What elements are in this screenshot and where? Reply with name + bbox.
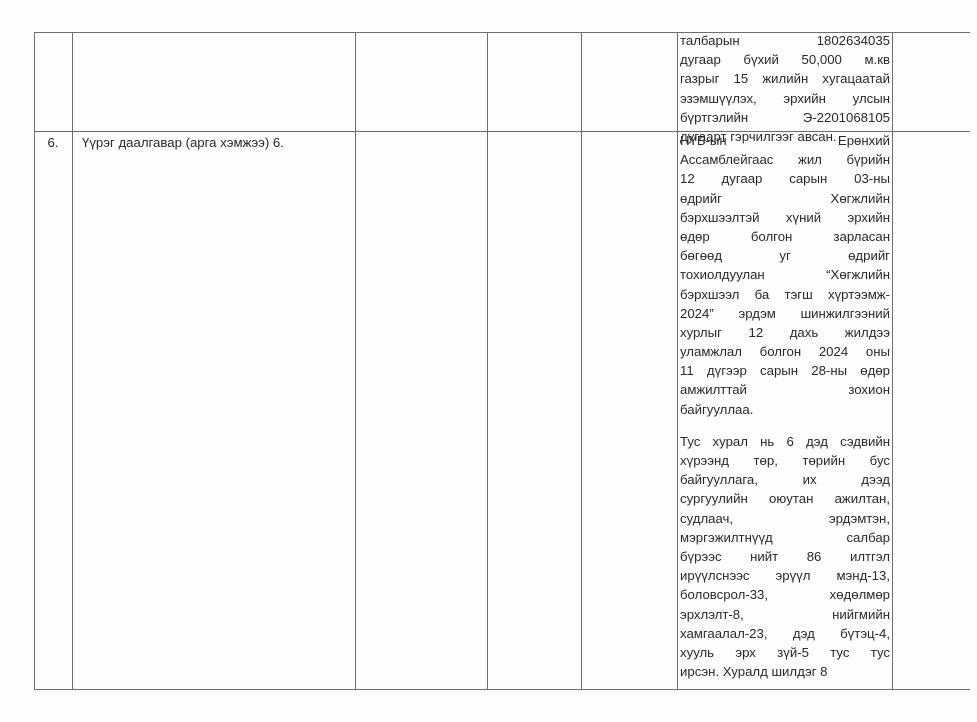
paragraph-2-line: бүрээс нийт 86 илтгэл [680, 547, 890, 566]
paragraph-2-line: Тус хурал нь 6 дэд сэдвийн [680, 432, 890, 451]
document-page: талбарын 1802634035дугаар бүхий 50,000 м… [0, 0, 977, 722]
description-line: бүртгэлийн Э-2201068105 [680, 108, 890, 127]
description-line: талбарын 1802634035 [680, 31, 890, 50]
paragraph-gap [680, 419, 890, 432]
task-description: НҮБ-ын ЕрөнхийАссамблейгаас жил бүрийн12… [680, 131, 890, 681]
paragraph-2-line: эрхлэлт-8, нийгмийн [680, 605, 890, 624]
paragraph-2-line: боловсрол-33, хөдөлмөр [680, 585, 890, 604]
paragraph-2-line: сургуулийн оюутан ажилтан, [680, 489, 890, 508]
paragraph-1-line: тохиолдуулан “Хөгжлийн [680, 265, 890, 284]
paragraph-2-line: хамгаалал-23, дэд бүтэц-4, [680, 624, 890, 643]
paragraph-1-line: бэрхшээл ба тэгш хүртээмж- [680, 285, 890, 304]
paragraph-2-line: байгууллага, их дээд [680, 470, 890, 489]
description-line: эзэмшүүлэх, эрхийн улсын [680, 89, 890, 108]
paragraph-2-line: судлаач, эрдэмтэн, [680, 509, 890, 528]
description-paragraph-1: НҮБ-ын ЕрөнхийАссамблейгаас жил бүрийн12… [680, 131, 890, 419]
paragraph-2-line: ирсэн. Хуралд шилдэг 8 [680, 662, 890, 681]
paragraph-1-line: уламжлал болгон 2024 оны [680, 342, 890, 361]
column-border [72, 32, 73, 689]
paragraph-1-line: өдөр болгон зарласан [680, 227, 890, 246]
paragraph-1-line: 12 дугаар сарын 03-ны [680, 169, 890, 188]
description-paragraph-2: Тус хурал нь 6 дэд сэдвийнхүрээнд төр, т… [680, 432, 890, 681]
column-border [487, 32, 488, 689]
paragraph-1-line: 11 дүгээр сарын 28-ны өдөр [680, 361, 890, 380]
paragraph-1-line: НҮБ-ын Ерөнхий [680, 131, 890, 150]
paragraph-1-line: 2024” эрдэм шинжилгээний [680, 304, 890, 323]
column-border [677, 32, 678, 689]
paragraph-1-line: хурлыг 12 дахь жилдээ [680, 323, 890, 342]
paragraph-1-line: Ассамблейгаас жил бүрийн [680, 150, 890, 169]
paragraph-2-line: мэргэжилтнүүд салбар [680, 528, 890, 547]
column-border [892, 32, 893, 689]
paragraph-2-line: хүрээнд төр, төрийн бус [680, 451, 890, 470]
paragraph-1-line: бэрхшээлтэй хүний эрхийн [680, 208, 890, 227]
task-title: Үүрэг даалгавар (арга хэмжээ) 6. [72, 133, 355, 152]
table-bottom-border [34, 689, 970, 690]
paragraph-1-line: амжилттай зохион [680, 380, 890, 399]
paragraph-2-line: хууль эрх зүй-5 тус тус [680, 643, 890, 662]
paragraph-1-line: байгууллаа. [680, 400, 890, 419]
column-border [581, 32, 582, 689]
description-line: газрыг 15 жилийн хугацаатай [680, 69, 890, 88]
row-continuation-description: талбарын 1802634035дугаар бүхий 50,000 м… [680, 31, 890, 146]
paragraph-1-line: бөгөөд уг өдрийг [680, 246, 890, 265]
column-border [355, 32, 356, 689]
column-border [34, 32, 35, 689]
paragraph-2-line: ирүүлснээс эрүүл мэнд-13, [680, 566, 890, 585]
row-number: 6. [34, 133, 72, 152]
paragraph-1-line: өдрийг Хөгжлийн [680, 189, 890, 208]
description-line: дугаар бүхий 50,000 м.кв [680, 50, 890, 69]
